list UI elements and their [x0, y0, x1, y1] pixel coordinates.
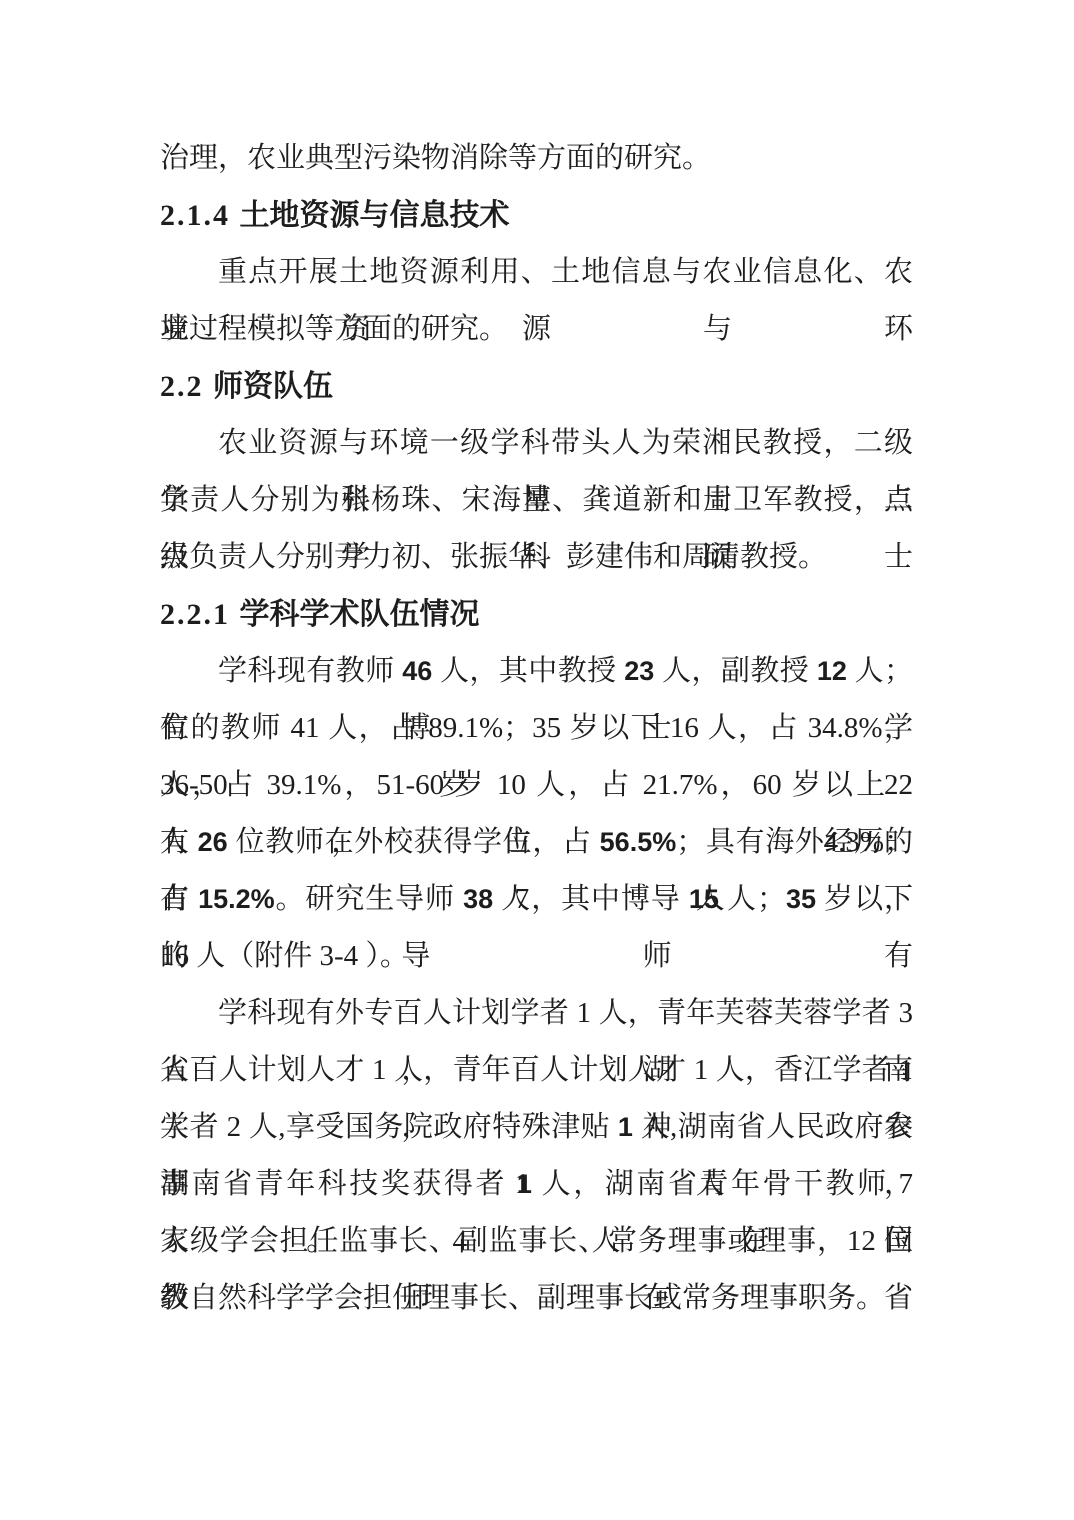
body-line: 学科现有外专百人计划学者 1 人，青年芙蓉芙蓉学者 3 人，湖南 [160, 985, 913, 1042]
body-line: 重点开展土地资源利用、土地信息与农业信息化、农业资源与环 [160, 244, 913, 301]
highlight-number: 46 [402, 656, 432, 686]
heading-line: 2.2 师资队伍 [160, 358, 913, 415]
highlight-number: 1 [517, 1169, 532, 1199]
document-content: 治理，农业典型污染物消除等方面的研究。2.1.4 土地资源与信息技术重点开展土地… [160, 130, 913, 1327]
text-segment: 点负责人分别尹力初、张振华、彭建伟和周清教授。 [160, 541, 827, 573]
body-line: 位的教师 41 人，占 89.1%；35 岁以下 16 人，占 34.8%，36… [160, 700, 913, 757]
body-line: 占 15.2%。研究生导师 38 人，其中博导 15 人；35 岁以下的导师有 [160, 871, 913, 928]
text-segment: 学者 2 人,享受国务院政府特殊津贴 [160, 1111, 618, 1143]
highlight-number: 12 [817, 656, 847, 686]
heading-text: 学科学术队伍情况 [240, 598, 480, 631]
text-segment: 治理，农业典型污染物消除等方面的研究。 [160, 142, 711, 174]
body-line: 湖南省青年科技奖获得者 1 人，湖南省青年骨干教师 7 人。4 人在国 [160, 1156, 913, 1213]
text-segment: 占 [160, 883, 198, 915]
highlight-number: 56.5% [600, 827, 677, 857]
heading-number: 2.2.1 [160, 598, 240, 631]
heading-number: 2.1.4 [160, 199, 240, 232]
heading-line: 2.1.4 土地资源与信息技术 [160, 187, 913, 244]
body-line: 家级学会担任监事长、副监事长、常务理事或理事，12 位教师在省 [160, 1213, 913, 1270]
text-segment: 位教师在外校获得学位，占 [228, 826, 600, 858]
highlight-number: 15.2% [198, 884, 275, 914]
highlight-number: 23 [624, 656, 654, 686]
text-segment: 人，副教授 [654, 655, 817, 687]
text-segment: 人； [719, 883, 786, 915]
text-segment: 人，其中教授 [432, 655, 624, 687]
document-page: 治理，农业典型污染物消除等方面的研究。2.1.4 土地资源与信息技术重点开展土地… [0, 0, 1074, 1520]
body-line: 级自然科学学会担任理事长、副理事长或常务理事职务。 [160, 1270, 913, 1327]
text-segment: 16 人（附件 3-4 ）。 [160, 940, 409, 972]
body-line: 学者 2 人,享受国务院政府特殊津贴 1 人,湖南省人民政府参事 1 人， [160, 1099, 913, 1156]
heading-text: 师资队伍 [213, 370, 333, 403]
highlight-number: 26 [198, 827, 228, 857]
text-segment: 人，其中博导 [493, 883, 689, 915]
body-line: 省百人计划人才 1 人，青年百人计划人才 1 人，香江学者 1 人，神农 [160, 1042, 913, 1099]
text-segment: 学科现有教师 [218, 655, 402, 687]
heading-number: 2.2 [160, 370, 213, 403]
body-line: 有 26 位教师在外校获得学位，占 56.5%；具有海外经历的有 7 人， [160, 814, 913, 871]
text-segment: 。研究生导师 [275, 883, 463, 915]
body-line: 农业资源与环境一级学科带头人为荣湘民教授，二级学科博士点 [160, 415, 913, 472]
text-segment: 级自然科学学会担任理事长、副理事长或常务理事职务。 [160, 1282, 885, 1314]
highlight-number: 35 [786, 884, 816, 914]
body-line: 点负责人分别尹力初、张振华、彭建伟和周清教授。 [160, 529, 913, 586]
heading-text: 土地资源与信息技术 [240, 199, 510, 232]
highlight-number: 1 [618, 1112, 633, 1142]
text-segment: 有 [160, 826, 198, 858]
body-line: 负责人分别为张杨珠、宋海星、龚道新和周卫军教授，二级学科硕士 [160, 472, 913, 529]
heading-line: 2.2.1 学科学术队伍情况 [160, 586, 913, 643]
body-line: 人，占 39.1%，51-60 岁 10 人，占 21.7%，60 岁以上 2 … [160, 757, 913, 814]
text-segment: 湖南省青年科技奖获得者 [160, 1168, 517, 1200]
highlight-number: 15 [689, 884, 719, 914]
highlight-number: 38 [463, 884, 493, 914]
text-segment: 境过程模拟等方面的研究。 [160, 313, 508, 345]
body-line: 学科现有教师 46 人，其中教授 23 人，副教授 12 人；有博士学 [160, 643, 913, 700]
body-line: 治理，农业典型污染物消除等方面的研究。 [160, 130, 913, 187]
